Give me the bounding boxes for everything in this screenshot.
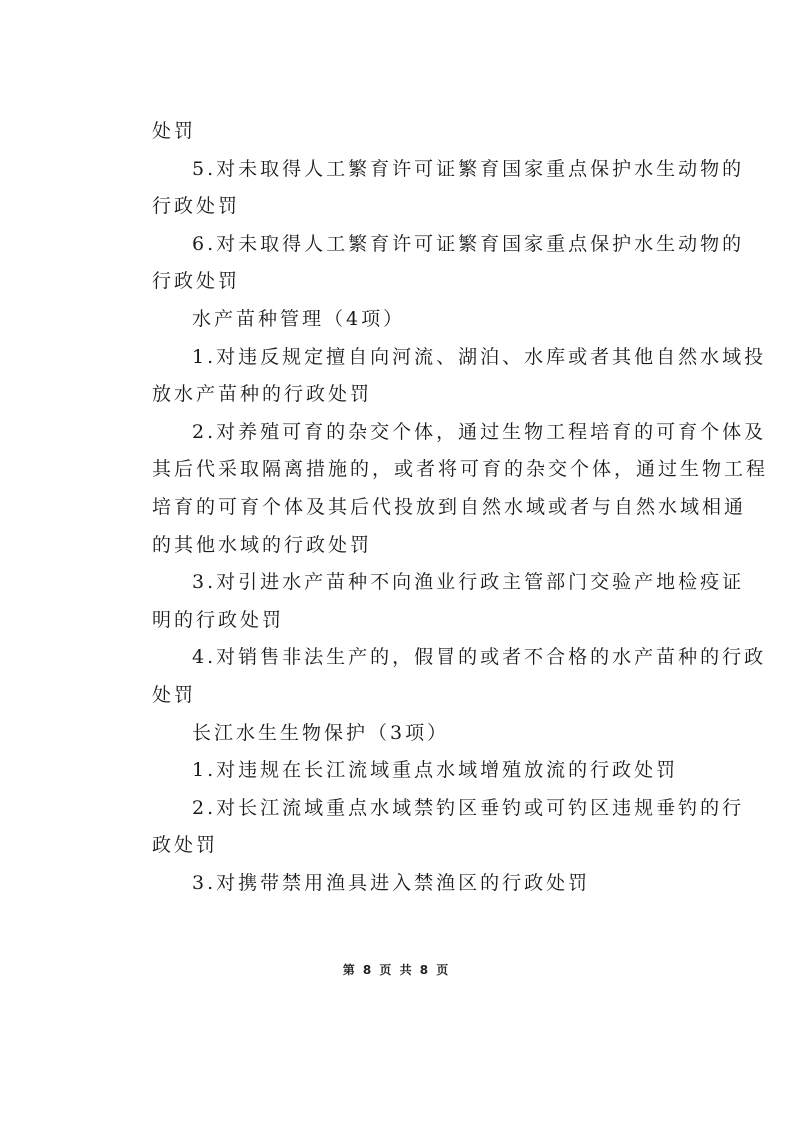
- text-line: 1.对违规在长江流域重点水域增殖放流的行政处罚: [152, 752, 684, 790]
- text-line: 2.对长江流域重点水域禁钓区垂钓或可钓区违规垂钓的行: [152, 790, 684, 828]
- text-line: 行政处罚: [152, 188, 684, 226]
- text-line: 3.对携带禁用渔具进入禁渔区的行政处罚: [152, 865, 684, 903]
- text-line: 4.对销售非法生产的，假冒的或者不合格的水产苗种的行政: [152, 639, 684, 677]
- section-heading: 长江水生生物保护（3项）: [152, 715, 684, 753]
- text-line: 3.对引进水产苗种不向渔业行政主管部门交验产地检疫证: [152, 564, 684, 602]
- text-line: 行政处罚: [152, 263, 684, 301]
- text-line: 明的行政处罚: [152, 602, 684, 640]
- text-line: 的其他水域的行政处罚: [152, 527, 684, 565]
- text-line: 1.对违反规定擅自向河流、湖泊、水库或者其他自然水域投: [152, 339, 684, 377]
- document-page: 处罚 5.对未取得人工繁育许可证繁育国家重点保护水生动物的 行政处罚 6.对未取…: [0, 0, 793, 1122]
- text-line: 政处罚: [152, 827, 684, 865]
- text-line: 5.对未取得人工繁育许可证繁育国家重点保护水生动物的: [152, 151, 684, 189]
- text-line: 2.对养殖可育的杂交个体，通过生物工程培育的可育个体及: [152, 414, 684, 452]
- text-line: 培育的可育个体及其后代投放到自然水域或者与自然水域相通: [152, 489, 684, 527]
- text-line: 6.对未取得人工繁育许可证繁育国家重点保护水生动物的: [152, 226, 684, 264]
- section-heading: 水产苗种管理（4项）: [152, 301, 684, 339]
- text-line: 处罚: [152, 677, 684, 715]
- page-number-footer: 第 8 页 共 8 页: [0, 961, 793, 978]
- document-body: 处罚 5.对未取得人工繁育许可证繁育国家重点保护水生动物的 行政处罚 6.对未取…: [152, 113, 684, 902]
- text-line: 放水产苗种的行政处罚: [152, 376, 684, 414]
- text-line: 其后代采取隔离措施的，或者将可育的杂交个体，通过生物工程: [152, 451, 684, 489]
- text-line: 处罚: [152, 113, 684, 151]
